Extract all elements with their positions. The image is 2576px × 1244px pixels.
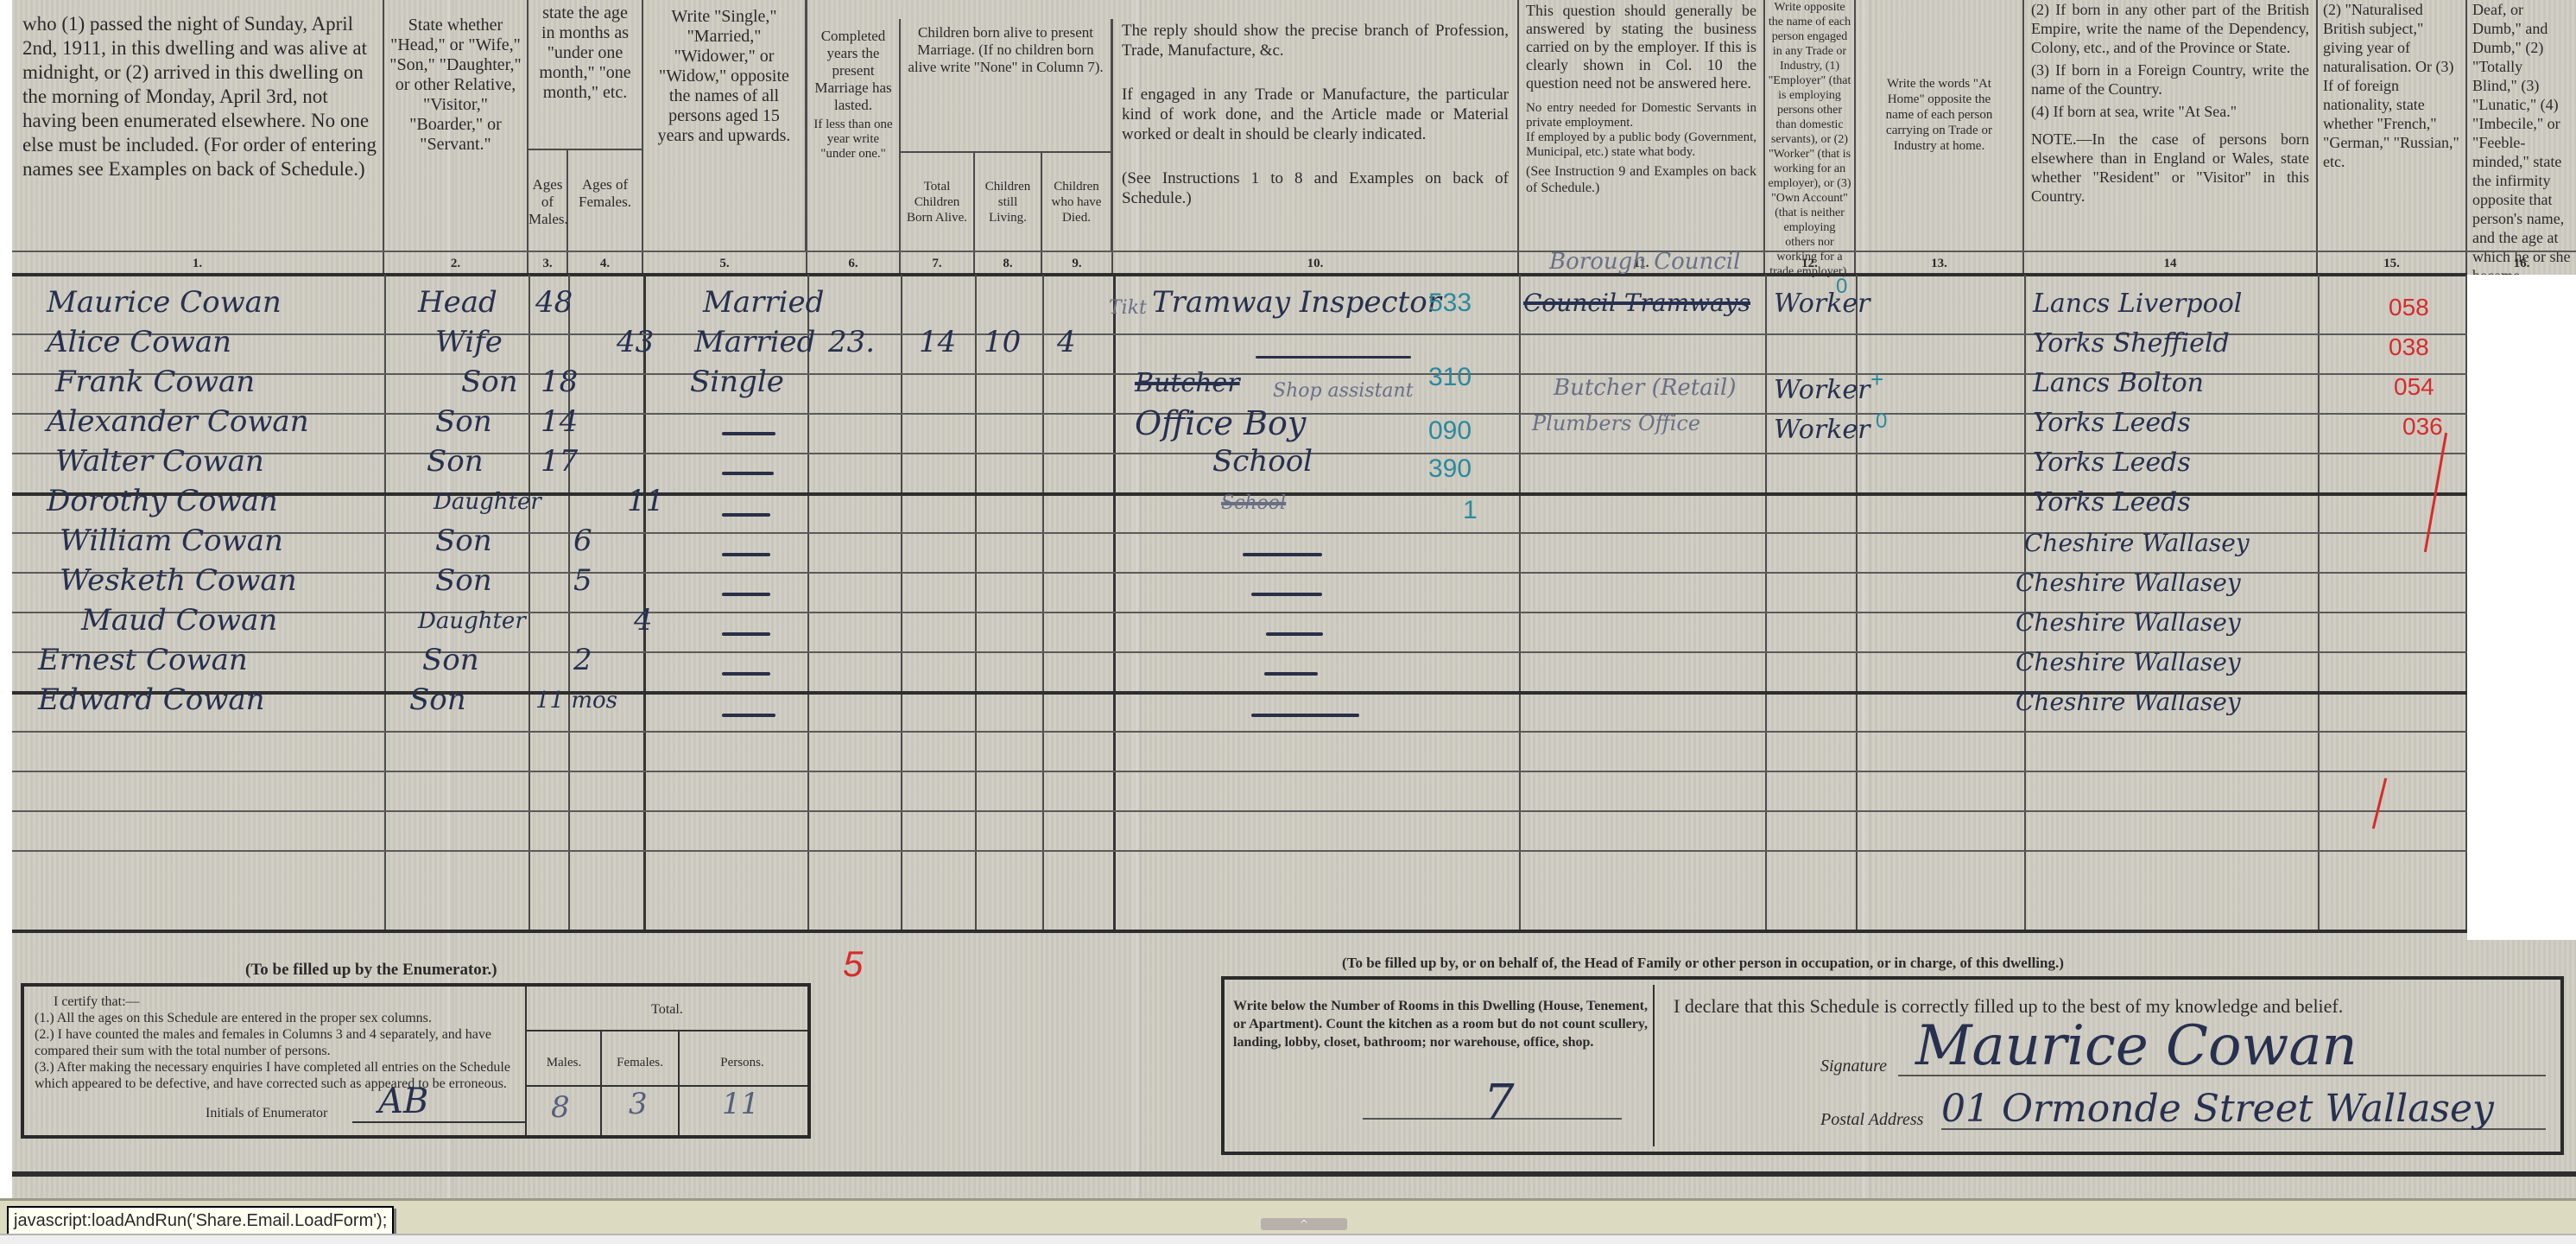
occupation-code: 090	[1428, 416, 1472, 446]
total-children-label: Total Children Born Alive.	[906, 179, 968, 225]
age-female: 43	[617, 325, 654, 359]
employment-code: +	[1870, 366, 1883, 393]
employer-business: Plumbers Office	[1532, 411, 1700, 435]
person-name: Edward Cowan	[38, 682, 265, 717]
employment-code: 0	[1836, 275, 1847, 299]
certify-item-3: (3.) After making the necessary enquirie…	[35, 1059, 518, 1092]
red-tick-mark	[2372, 778, 2387, 829]
col-number-6: 6.	[807, 252, 901, 275]
browser-status-bar: javascript:loadAndRun('Share.Email.LoadF…	[0, 1198, 2576, 1244]
header-col-16: Deaf, or Dumb," and Dumb," (2) "Totally …	[2467, 0, 2576, 252]
header-divider	[12, 251, 2576, 252]
table-top-rule	[12, 273, 2467, 276]
header-col-13: Write the words "At Home" opposite the n…	[1856, 0, 2024, 252]
header-col-12-text: Write opposite the name of each person e…	[1768, 0, 1851, 279]
person-name: Maurice Cowan	[47, 285, 282, 320]
employment-code: 0	[1876, 409, 1887, 434]
certify-intro: I certify that:—	[35, 993, 518, 1010]
link-tooltip: javascript:loadAndRun('Share.Email.LoadF…	[7, 1206, 394, 1237]
col-number-1: 1.	[12, 252, 384, 275]
occupation: Shop assistant	[1273, 380, 1414, 402]
relation: Son	[409, 682, 466, 717]
col-number-5: 5.	[643, 252, 807, 275]
birthplace: Cheshire Wallasey	[2016, 608, 2241, 637]
relation: Son	[422, 643, 479, 677]
birthplace: Cheshire Wallasey	[2016, 648, 2241, 676]
row-line	[12, 771, 2467, 772]
signature-label: Signature	[1820, 1057, 1887, 1076]
enumerator-initials: AB	[378, 1082, 428, 1121]
person-name: Maud Cowan	[81, 603, 277, 638]
page-bottom-rule	[12, 1171, 2576, 1177]
enumerator-box: I certify that:— (1.) All the ages on th…	[21, 983, 811, 1139]
person-name: Frank Cowan	[55, 365, 255, 399]
header-col-7-9-text: Children born alive to present Marriage.…	[906, 24, 1105, 76]
header-col-2: State whether "Head," or "Wife," "Son," …	[384, 0, 528, 252]
age-male: 48	[535, 285, 573, 320]
status-bar-bottom-edge	[0, 1234, 2576, 1244]
age-male: 14	[541, 404, 578, 439]
header-col-2-text: State whether "Head," or "Wife," "Son," …	[389, 16, 522, 155]
head-of-family-box: Write below the Number of Rooms in this …	[1221, 976, 2564, 1155]
occupation-annotation: Tikt	[1109, 297, 1147, 319]
certify-item-1: (1.) All the ages on this Schedule are e…	[35, 1010, 518, 1026]
age-male: 5	[573, 563, 592, 598]
dash-mark	[722, 714, 775, 717]
header-col-11-text3: If employed by a public body (Government…	[1526, 130, 1756, 160]
age-male: 11 mos	[535, 688, 617, 714]
dash-mark	[722, 432, 775, 435]
person-name: Alexander Cowan	[47, 404, 309, 439]
dash-mark	[722, 553, 770, 556]
header-col-6: Completed years the present Marriage has…	[807, 19, 901, 252]
birthplace-code: 054	[2394, 373, 2434, 401]
header-col-1-text: who (1) passed the night of Sunday, Apri…	[17, 12, 377, 181]
dash-mark	[1243, 553, 1322, 556]
row-line	[12, 810, 2467, 812]
birthplace: Lancs Liverpool	[2033, 289, 2242, 319]
header-col-6-text: Completed years the present Marriage has…	[813, 28, 894, 114]
header-col-6-note: If less than one year write "under one."	[813, 117, 894, 162]
total-label: Total.	[527, 1000, 807, 1019]
chevron-up-icon: ^	[1300, 1218, 1308, 1230]
employer-business-struck: Council Tramways	[1523, 289, 1750, 317]
header-col-3-4: state the age in months as "under one mo…	[528, 0, 643, 150]
certify-item-2: (2.) I have counted the males and female…	[35, 1026, 518, 1059]
birthplace: Cheshire Wallasey	[2024, 529, 2250, 557]
employment-status: Worker	[1774, 415, 1870, 445]
grid-line	[1653, 985, 1655, 1146]
header-col-10-text: The reply should show the precise branch…	[1122, 21, 1509, 60]
header-col-12: Write opposite the name of each person e…	[1765, 0, 1856, 252]
person-name: Walter Cowan	[55, 444, 264, 479]
children-died-label: Children who have Died.	[1047, 179, 1105, 225]
dash-mark	[722, 672, 770, 676]
birthplace: Yorks Sheffield	[2033, 328, 2230, 359]
header-col-11-text: This question should generally be answer…	[1526, 2, 1756, 92]
employer-business: Butcher (Retail)	[1554, 375, 1737, 401]
schedule-number-mark: 5	[843, 943, 863, 985]
col-number-9: 9.	[1042, 252, 1113, 275]
header-col-10: The reply should show the precise branch…	[1113, 0, 1519, 252]
occupation-code: 310	[1428, 363, 1472, 392]
header-col-11-text4: (See Instruction 9 and Examples on back …	[1526, 163, 1756, 196]
birthplace-code: 058	[2389, 294, 2429, 321]
header-col-10-text2: If engaged in any Trade or Manufacture, …	[1122, 85, 1509, 144]
person-name: William Cowan	[60, 524, 283, 558]
birthplace: Lancs Bolton	[2033, 368, 2204, 398]
header-col-8: Children still Living.	[975, 153, 1042, 252]
col-number-16: 16.	[2467, 252, 2576, 275]
age-male: 18	[541, 365, 578, 399]
header-col-14-text: (2) If born in any other part of the Bri…	[2031, 0, 2309, 57]
occupation: Tramway Inspector	[1152, 285, 1441, 320]
ages-males-label: Ages of Males.	[528, 176, 566, 228]
grid-line	[678, 1031, 680, 1135]
dash-mark	[1264, 672, 1318, 676]
header-col-3-4-text: state the age in months as "under one mo…	[534, 3, 636, 103]
header-col-9: Children who have Died.	[1042, 153, 1113, 252]
col-number-15: 15.	[2318, 252, 2467, 275]
row-line	[12, 850, 2467, 852]
age-male: 6	[573, 524, 592, 558]
col-number-2: 2.	[384, 252, 528, 275]
dash-mark	[722, 593, 770, 596]
grid-line	[527, 1085, 807, 1087]
header-col-5: Write "Single," "Married," "Widower," or…	[643, 0, 807, 252]
postal-address: 01 Ormonde Street Wallasey	[1941, 1087, 2494, 1131]
header-col-10-text3: (See Instructions 1 to 8 and Examples on…	[1122, 168, 1509, 208]
relation: Wife	[435, 325, 503, 359]
employment-status: Worker	[1774, 375, 1870, 405]
viewer-collapse-handle[interactable]: ^	[1261, 1218, 1347, 1230]
header-col-14-text4: NOTE.—In the case of persons born elsewh…	[2031, 130, 2309, 206]
col-number-13: 13.	[1856, 252, 2024, 275]
relation: Son	[435, 524, 492, 558]
age-female: 4	[634, 603, 653, 638]
birthplace: Yorks Leeds	[2033, 487, 2191, 517]
children-living-label: Children still Living.	[980, 179, 1035, 225]
total-males: 8	[551, 1090, 570, 1125]
grid-line	[600, 1031, 602, 1135]
marital-condition: Married	[694, 325, 815, 359]
dash-mark	[722, 632, 770, 636]
header-col-11-text2: No entry needed for Domestic Servants in…	[1526, 101, 1756, 130]
total-persons: 11	[722, 1087, 759, 1121]
col-number-8: 8.	[975, 252, 1042, 275]
header-col-11: This question should generally be answer…	[1519, 0, 1765, 252]
occupation-struck: School	[1221, 492, 1286, 514]
page-edge-blank	[2467, 275, 2576, 940]
birthplace-code: 036	[2402, 413, 2443, 441]
header-col-14-text2: (3) If born in a Foreign Country, write …	[2031, 60, 2309, 98]
children-died: 4	[1057, 325, 1076, 359]
children-born: 14	[919, 325, 956, 359]
dash-mark	[1251, 593, 1322, 596]
birthplace: Yorks Leeds	[2033, 447, 2191, 478]
relation: Son	[461, 365, 518, 399]
col-number-3: 3.	[528, 252, 568, 275]
person-name: Wesketh Cowan	[60, 563, 297, 598]
person-name: Ernest Cowan	[38, 643, 248, 677]
relation: Son	[427, 444, 484, 479]
age-male: 2	[573, 643, 592, 677]
enumerator-certification: I certify that:— (1.) All the ages on th…	[35, 993, 518, 1092]
relation: Son	[435, 404, 492, 439]
col-number-14: 14	[2024, 252, 2318, 275]
persons-label: Persons.	[680, 1054, 805, 1072]
occupation-code: 533	[1428, 289, 1472, 318]
declaration-text: I declare that this Schedule is correctl…	[1674, 997, 2343, 1015]
birthplace-code: 038	[2389, 333, 2429, 361]
relation: Daughter	[418, 608, 526, 634]
person-name: Alice Cowan	[47, 325, 231, 359]
birthplace: Yorks Leeds	[2033, 408, 2191, 438]
table-bottom-rule	[12, 930, 2467, 933]
years-married: 23.	[828, 325, 875, 359]
header-col-1: who (1) passed the night of Sunday, Apri…	[12, 0, 384, 252]
age-female: 11	[627, 484, 664, 518]
birthplace: Cheshire Wallasey	[2016, 688, 2241, 716]
person-name: Dorothy Cowan	[47, 484, 278, 518]
header-col-5-text: Write "Single," "Married," "Widower," or…	[649, 7, 800, 146]
relation: Head	[418, 285, 497, 320]
enumerator-heading: (To be filled up by the Enumerator.)	[245, 961, 497, 979]
grid-line	[527, 1030, 807, 1031]
age-male: 17	[541, 444, 578, 479]
occupation: Office Boy	[1135, 404, 1306, 442]
rooms-count: 7	[1484, 1075, 1515, 1131]
postal-address-label: Postal Address	[1820, 1111, 1923, 1129]
birthplace: Cheshire Wallasey	[2016, 568, 2241, 597]
header-ages-females: Ages of Females.	[568, 150, 643, 252]
header-col-14: (2) If born in any other part of the Bri…	[2024, 0, 2318, 252]
col-number-12: 12.	[1765, 252, 1856, 275]
children-living: 10	[984, 325, 1021, 359]
head-of-family-heading: (To be filled up by, or on behalf of, th…	[1342, 954, 2064, 972]
marital-condition: Married	[703, 285, 824, 320]
col-number-4: 4.	[568, 252, 643, 275]
initials-label: Initials of Enumerator	[206, 1104, 327, 1122]
header-col-7-9: Children born alive to present Marriage.…	[901, 19, 1113, 153]
employment-status: Worker	[1774, 289, 1870, 319]
occupation-code: 1	[1463, 496, 1478, 525]
initials-line	[352, 1121, 525, 1123]
signature: Maurice Cowan	[1915, 1014, 2358, 1078]
dash-mark	[1251, 714, 1359, 717]
relation: Son	[435, 563, 492, 598]
dash-mark	[1266, 632, 1323, 636]
header-col-7: Total Children Born Alive.	[901, 153, 975, 252]
col-number-7: 7.	[901, 252, 975, 275]
males-label: Males.	[528, 1054, 599, 1072]
occupation-struck: Butcher	[1135, 368, 1240, 398]
marital-condition: Single	[690, 365, 784, 399]
header-col-13-text: Write the words "At Home" opposite the n…	[1873, 76, 2005, 154]
dash-mark	[722, 513, 770, 517]
rooms-instruction: Write below the Number of Rooms in this …	[1233, 997, 1648, 1051]
occupation-code: 390	[1428, 454, 1472, 484]
ages-females-label: Ages of Females.	[570, 176, 640, 211]
relation: Daughter	[434, 489, 541, 515]
header-col-14-text3: (4) If born at sea, write "At Sea."	[2031, 102, 2309, 121]
females-label: Females.	[602, 1054, 678, 1072]
employer-business: Borough Council	[1549, 249, 1740, 275]
dash-mark	[1256, 356, 1411, 359]
header-ages-males: Ages of Males.	[528, 150, 568, 252]
header-col-15-text: (2) "Naturalised British subject," givin…	[2323, 0, 2460, 171]
total-females: 3	[629, 1087, 648, 1121]
row-line	[12, 731, 2467, 733]
dash-mark	[722, 472, 774, 475]
header-col-15: (2) "Naturalised British subject," givin…	[2318, 0, 2467, 252]
census-document-viewer[interactable]: who (1) passed the night of Sunday, Apri…	[12, 0, 2576, 1198]
col-number-10: 10.	[1113, 252, 1519, 275]
occupation: School	[1212, 444, 1313, 479]
